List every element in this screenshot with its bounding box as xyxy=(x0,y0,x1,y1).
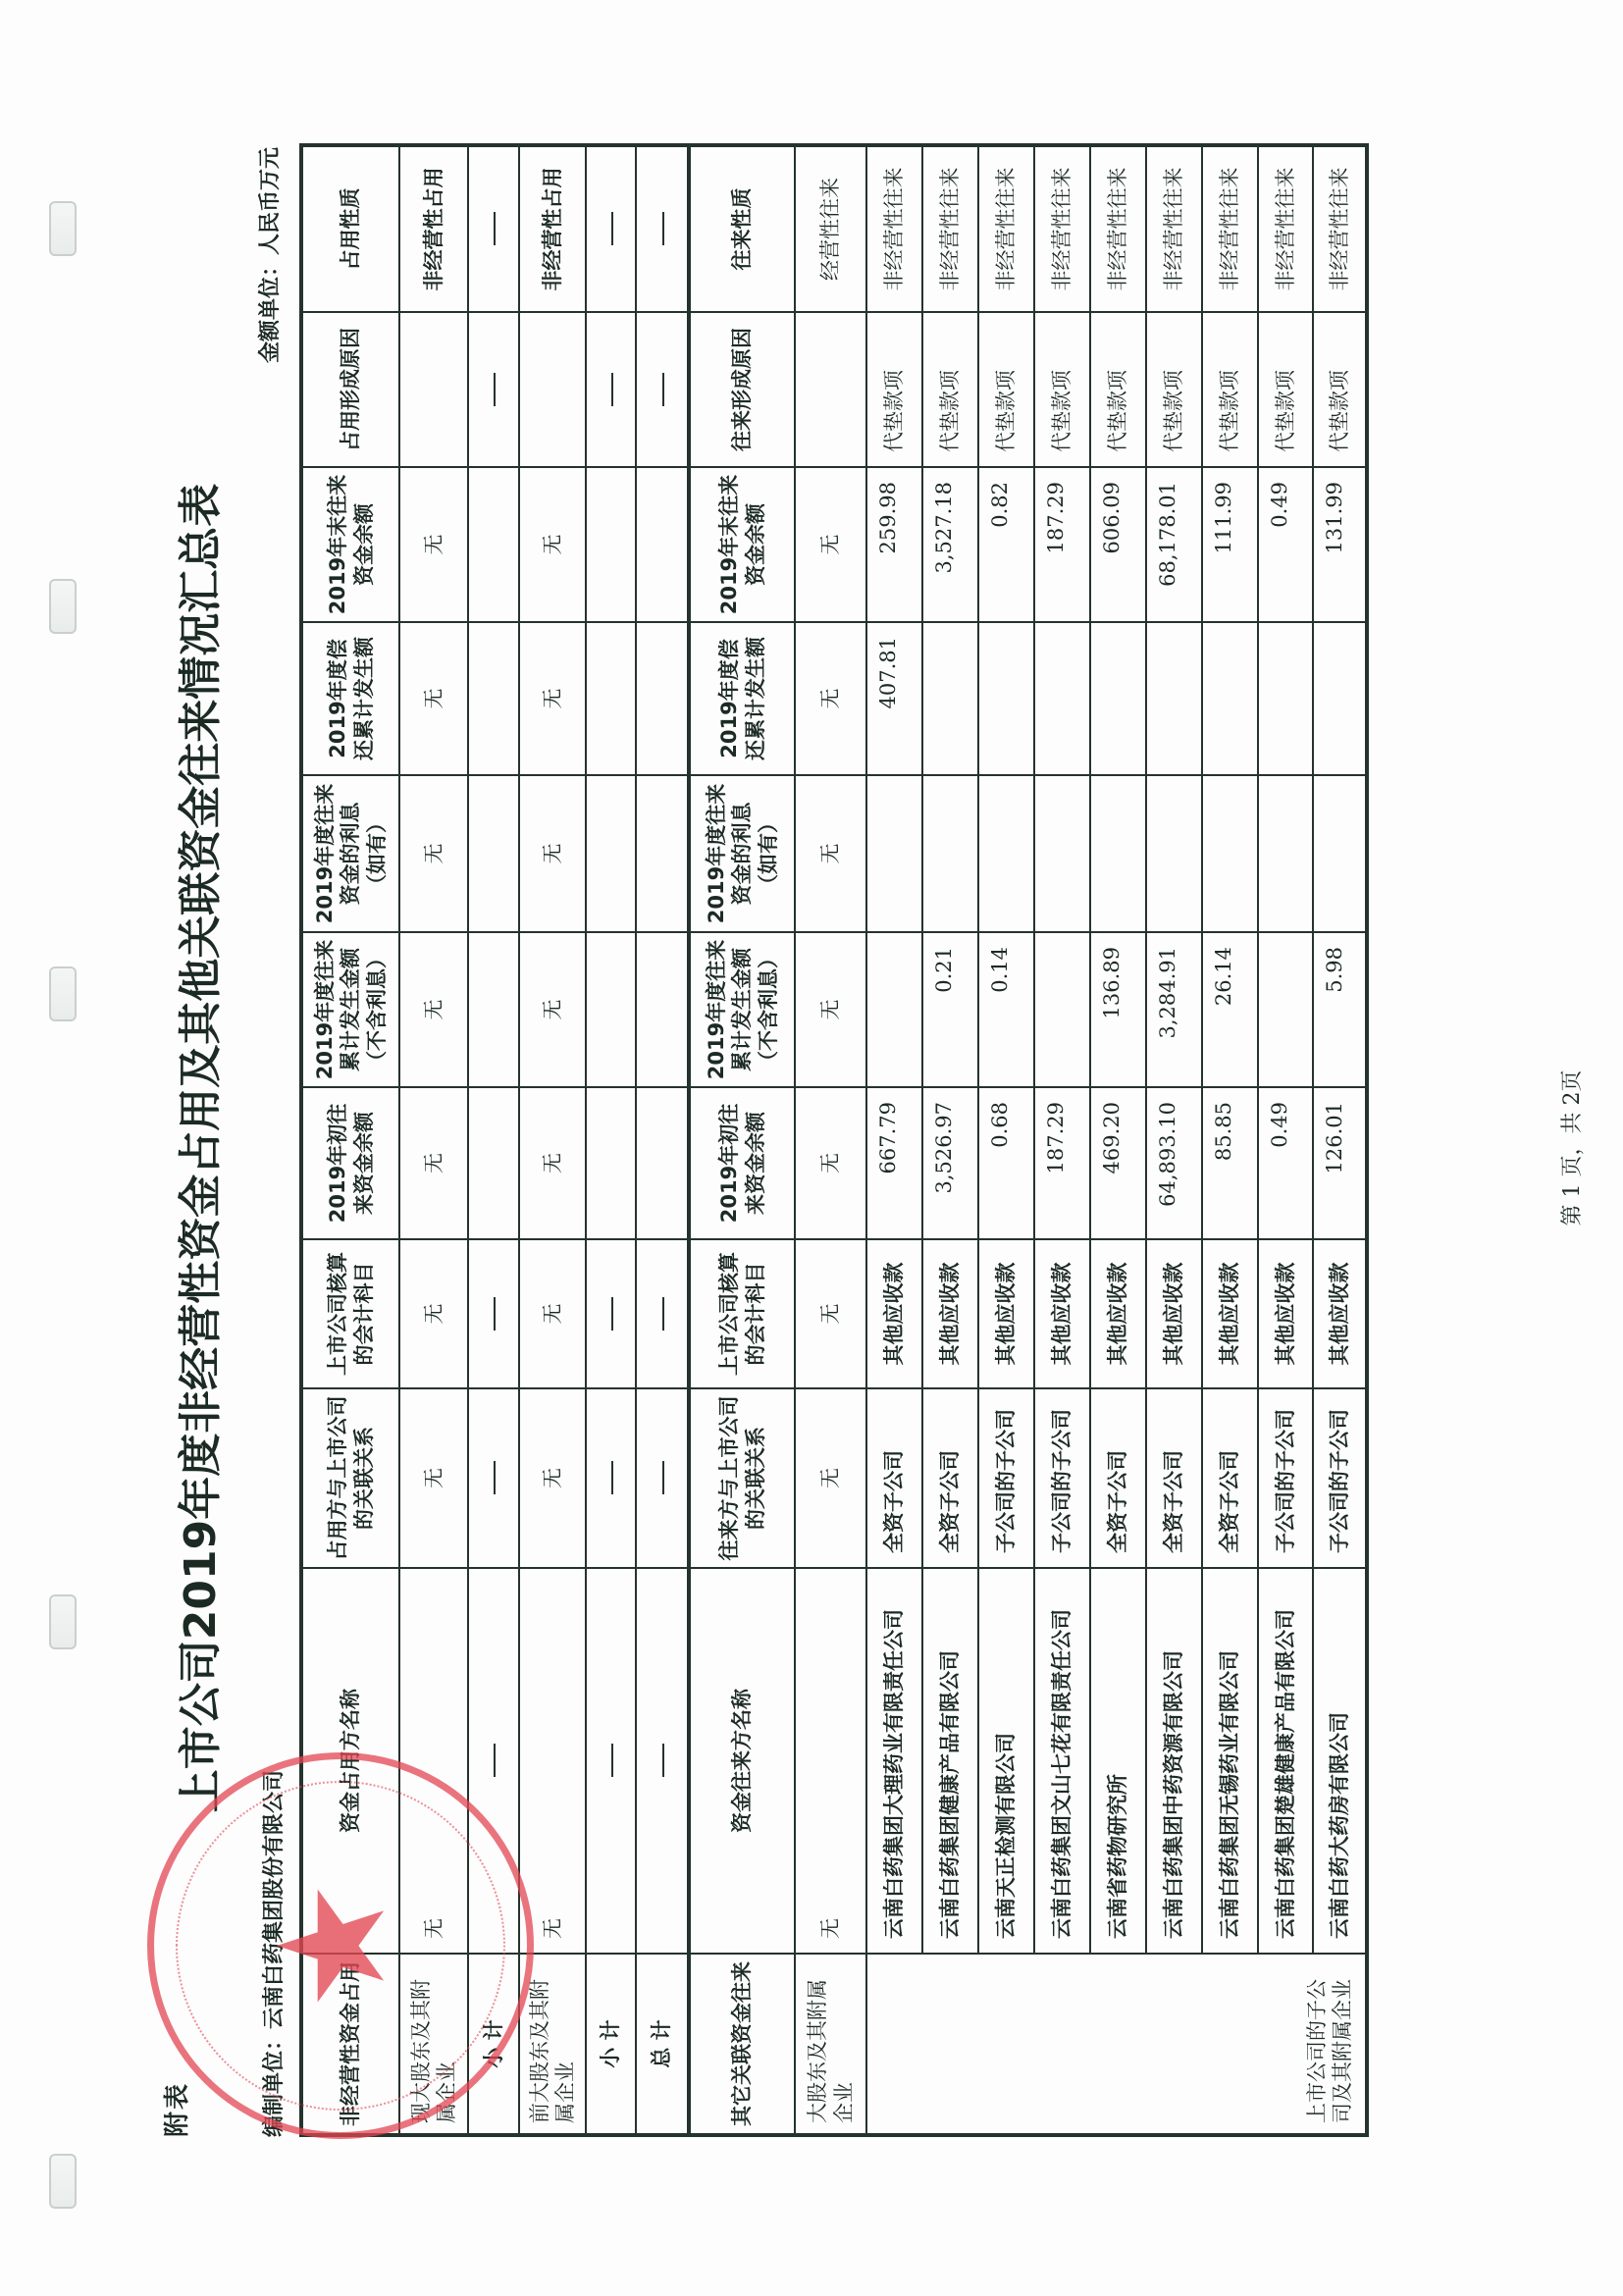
cell-reason: 代垫款项 xyxy=(1258,312,1313,467)
table-row: 大股东及其附属企业无无无无无无无无经营性往来 xyxy=(795,145,866,2135)
cell-interest xyxy=(586,775,636,932)
column-header: 2019年末往来资金余额 xyxy=(689,467,795,622)
cell-interest xyxy=(1034,775,1090,932)
page-footer: 第 1 页，共 2页 xyxy=(1555,0,1586,2296)
cell-begin: 3,526.97 xyxy=(922,1087,978,1239)
cell-begin: 64,893.10 xyxy=(1146,1087,1202,1239)
cell-reason xyxy=(795,312,866,467)
cell-end: 无 xyxy=(795,467,866,622)
cell-subject: 其他应收款 xyxy=(1202,1239,1258,1388)
table-row: 云南白药大药房有限公司子公司的子公司其他应收款126.015.98131.99代… xyxy=(1313,145,1367,2135)
cell-accrued: 无 xyxy=(519,932,586,1087)
cell-reason: 代垫款项 xyxy=(978,312,1034,467)
cell-repaid: 无 xyxy=(399,622,468,775)
cell-reason: 代垫款项 xyxy=(922,312,978,467)
cell-relation: 子公司的子公司 xyxy=(1313,1388,1367,1568)
cell-repaid: 无 xyxy=(795,622,866,775)
cell-repaid: 无 xyxy=(519,622,586,775)
column-header: 2019年度偿还累计发生额 xyxy=(689,622,795,775)
cell-accrued xyxy=(636,932,689,1087)
cell-reason xyxy=(586,312,636,467)
cell-nature: 非经营性往来 xyxy=(1202,145,1258,312)
binder-hole xyxy=(49,579,77,634)
cell-end xyxy=(586,467,636,622)
dash-mark xyxy=(611,373,613,406)
cell-reason: 代垫款项 xyxy=(1146,312,1202,467)
cell-nature: 非经营性往来 xyxy=(1146,145,1202,312)
cell-nature: 经营性往来 xyxy=(795,145,866,312)
cell-interest xyxy=(1090,775,1146,932)
cell-reason xyxy=(636,312,689,467)
cell-begin: 126.01 xyxy=(1313,1087,1367,1239)
cell-nature: 非经营性往来 xyxy=(1034,145,1090,312)
cell-relation: 无 xyxy=(399,1388,468,1568)
cell-name: 云南白药大药房有限公司 xyxy=(1313,1568,1367,1954)
table-row: 现大股东及其附属企业无无无无无无无无非经营性占用 xyxy=(399,145,468,2135)
cell-begin: 469.20 xyxy=(1090,1087,1146,1239)
column-header: 2019年初往来资金余额 xyxy=(689,1087,795,1239)
binder-hole xyxy=(49,1594,77,1649)
cell-accrued: 3,284.91 xyxy=(1146,932,1202,1087)
cell-begin: 187.29 xyxy=(1034,1087,1090,1239)
cell-subject xyxy=(636,1239,689,1388)
cell-subject: 无 xyxy=(519,1239,586,1388)
cell-nature: 非经营性往来 xyxy=(866,145,922,312)
cell-accrued: 26.14 xyxy=(1202,932,1258,1087)
cell-accrued: 5.98 xyxy=(1313,932,1367,1087)
cell-interest: 无 xyxy=(795,775,866,932)
cell-accrued xyxy=(468,932,519,1087)
column-header: 占用形成原因 xyxy=(301,312,399,467)
table-row: 云南白药集团无锡药业有限公司全资子公司其他应收款85.8526.14111.99… xyxy=(1202,145,1258,2135)
cell-end: 187.29 xyxy=(1034,467,1090,622)
column-header: 资金占用方名称 xyxy=(301,1568,399,1954)
cell-relation: 无 xyxy=(795,1388,866,1568)
table-row: 云南天正检测有限公司子公司的子公司其他应收款0.680.140.82代垫款项非经… xyxy=(978,145,1034,2135)
column-header: 往来形成原因 xyxy=(689,312,795,467)
table-row: 小 计 xyxy=(468,145,519,2135)
cell-nature xyxy=(636,145,689,312)
cell-repaid xyxy=(1090,622,1146,775)
table-row: 上市公司的子公司及其附属企业云南白药集团大理药业有限责任公司全资子公司其他应收款… xyxy=(866,145,922,2135)
table-row: 总 计 xyxy=(636,145,689,2135)
column-header: 2019年末往来资金余额 xyxy=(301,467,399,622)
cell-nature: 非经营性往来 xyxy=(1090,145,1146,312)
dash-mark xyxy=(662,373,664,406)
cell-interest xyxy=(1202,775,1258,932)
cell-relation xyxy=(468,1388,519,1568)
cell-repaid xyxy=(1202,622,1258,775)
cell-accrued xyxy=(586,932,636,1087)
cell-relation: 全资子公司 xyxy=(1146,1388,1202,1568)
cell-begin: 667.79 xyxy=(866,1087,922,1239)
cell-end: 606.09 xyxy=(1090,467,1146,622)
row-category: 前大股东及其附属企业 xyxy=(519,1954,586,2135)
cell-begin: 0.68 xyxy=(978,1087,1034,1239)
cell-begin xyxy=(586,1087,636,1239)
row-category: 大股东及其附属企业 xyxy=(795,1954,866,2135)
cell-reason: 代垫款项 xyxy=(1313,312,1367,467)
cell-name: 无 xyxy=(399,1568,468,1954)
cell-reason: 代垫款项 xyxy=(1090,312,1146,467)
cell-repaid xyxy=(586,622,636,775)
cell-subject: 其他应收款 xyxy=(1258,1239,1313,1388)
cell-repaid: 407.81 xyxy=(866,622,922,775)
row-category: 小 计 xyxy=(586,1954,636,2135)
column-header: 2019年初往来资金余额 xyxy=(301,1087,399,1239)
cell-relation: 全资子公司 xyxy=(866,1388,922,1568)
cell-repaid xyxy=(636,622,689,775)
table-row: 云南白药集团健康产品有限公司全资子公司其他应收款3,526.970.213,52… xyxy=(922,145,978,2135)
column-header: 占用方与上市公司的关联关系 xyxy=(301,1388,399,1568)
cell-subject: 其他应收款 xyxy=(1090,1239,1146,1388)
cell-subject: 其他应收款 xyxy=(978,1239,1034,1388)
cell-name: 云南天正检测有限公司 xyxy=(978,1568,1034,1954)
cell-reason: 代垫款项 xyxy=(866,312,922,467)
cell-accrued xyxy=(866,932,922,1087)
dash-mark xyxy=(494,1462,496,1495)
cell-subject: 其他应收款 xyxy=(922,1239,978,1388)
cell-end: 0.49 xyxy=(1258,467,1313,622)
cell-interest xyxy=(978,775,1034,932)
dash-mark xyxy=(494,1745,496,1778)
cell-accrued: 0.21 xyxy=(922,932,978,1087)
cell-name xyxy=(636,1568,689,1954)
cell-end xyxy=(468,467,519,622)
cell-reason: 代垫款项 xyxy=(1202,312,1258,467)
cell-reason: 代垫款项 xyxy=(1034,312,1090,467)
cell-begin: 无 xyxy=(519,1087,586,1239)
cell-accrued: 136.89 xyxy=(1090,932,1146,1087)
section1-header-row: 非经营性资金占用资金占用方名称占用方与上市公司的关联关系上市公司核算的会计科目2… xyxy=(301,145,399,2135)
cell-begin: 0.49 xyxy=(1258,1087,1313,1239)
cell-name xyxy=(468,1568,519,1954)
dash-mark xyxy=(494,1297,496,1331)
cell-accrued: 无 xyxy=(399,932,468,1087)
cell-relation: 全资子公司 xyxy=(1202,1388,1258,1568)
cell-nature xyxy=(586,145,636,312)
dash-mark xyxy=(611,1462,613,1495)
cell-name: 无 xyxy=(795,1568,866,1954)
cell-interest xyxy=(468,775,519,932)
dash-mark xyxy=(611,1745,613,1778)
cell-name: 云南省药物研究所 xyxy=(1090,1568,1146,1954)
cell-relation: 子公司的子公司 xyxy=(1258,1388,1313,1568)
cell-name: 云南白药集团楚雄健康产品有限公司 xyxy=(1258,1568,1313,1954)
cell-name: 云南白药集团大理药业有限责任公司 xyxy=(866,1568,922,1954)
dash-mark xyxy=(494,213,496,246)
dash-mark xyxy=(611,213,613,246)
cell-repaid xyxy=(922,622,978,775)
cell-interest xyxy=(866,775,922,932)
cell-relation: 全资子公司 xyxy=(922,1388,978,1568)
binder-hole xyxy=(49,201,77,256)
binder-hole xyxy=(49,2154,77,2209)
table-row: 云南白药集团中药资源有限公司全资子公司其他应收款64,893.103,284.9… xyxy=(1146,145,1202,2135)
cell-end: 259.98 xyxy=(866,467,922,622)
cell-subject: 无 xyxy=(795,1239,866,1388)
cell-subject: 无 xyxy=(399,1239,468,1388)
column-header: 2019年度往来资金的利息（如有） xyxy=(301,775,399,932)
cell-nature: 非经营性往来 xyxy=(922,145,978,312)
cell-subject xyxy=(468,1239,519,1388)
cell-interest xyxy=(922,775,978,932)
cell-end xyxy=(636,467,689,622)
table-row: 云南白药集团楚雄健康产品有限公司子公司的子公司其他应收款0.490.49代垫款项… xyxy=(1258,145,1313,2135)
cell-repaid xyxy=(1313,622,1367,775)
cell-end: 111.99 xyxy=(1202,467,1258,622)
table-row: 云南省药物研究所全资子公司其他应收款469.20136.89606.09代垫款项… xyxy=(1090,145,1146,2135)
section2-header-row: 其它关联资金往来资金往来方名称往来方与上市公司的关联关系上市公司核算的会计科目2… xyxy=(689,145,795,2135)
table-row: 云南白药集团文山七花有限责任公司子公司的子公司其他应收款187.29187.29… xyxy=(1034,145,1090,2135)
cell-interest xyxy=(636,775,689,932)
cell-subject xyxy=(586,1239,636,1388)
column-header: 资金往来方名称 xyxy=(689,1568,795,1954)
cell-subject: 其他应收款 xyxy=(1034,1239,1090,1388)
dash-mark xyxy=(662,1462,664,1495)
dash-mark xyxy=(611,1297,613,1331)
table-row: 前大股东及其附属企业无无无无无无无无非经营性占用 xyxy=(519,145,586,2135)
cell-end: 无 xyxy=(399,467,468,622)
cell-interest: 无 xyxy=(519,775,586,932)
table-row: 小 计 xyxy=(586,145,636,2135)
cell-nature: 非经营性往来 xyxy=(1313,145,1367,312)
dash-mark xyxy=(662,1297,664,1331)
cell-end: 131.99 xyxy=(1313,467,1367,622)
cell-interest xyxy=(1313,775,1367,932)
dash-mark xyxy=(494,373,496,406)
cell-begin xyxy=(636,1087,689,1239)
row-category: 现大股东及其附属企业 xyxy=(399,1954,468,2135)
cell-relation xyxy=(636,1388,689,1568)
cell-end: 无 xyxy=(519,467,586,622)
column-header: 上市公司核算的会计科目 xyxy=(301,1239,399,1388)
cell-name: 云南白药集团健康产品有限公司 xyxy=(922,1568,978,1954)
column-header: 2019年度往来资金的利息（如有） xyxy=(689,775,795,932)
cell-name: 云南白药集团无锡药业有限公司 xyxy=(1202,1568,1258,1954)
cell-begin: 无 xyxy=(399,1087,468,1239)
cell-subject: 其他应收款 xyxy=(866,1239,922,1388)
cell-name: 云南白药集团中药资源有限公司 xyxy=(1146,1568,1202,1954)
cell-relation xyxy=(586,1388,636,1568)
cell-repaid xyxy=(468,622,519,775)
cell-name: 云南白药集团文山七花有限责任公司 xyxy=(1034,1568,1090,1954)
cell-interest: 无 xyxy=(399,775,468,932)
cell-relation: 子公司的子公司 xyxy=(1034,1388,1090,1568)
summary-table: 非经营性资金占用资金占用方名称占用方与上市公司的关联关系上市公司核算的会计科目2… xyxy=(299,143,1369,2137)
cell-nature: 非经营性占用 xyxy=(519,145,586,312)
cell-relation: 子公司的子公司 xyxy=(978,1388,1034,1568)
cell-accrued xyxy=(1258,932,1313,1087)
cell-nature xyxy=(468,145,519,312)
cell-name xyxy=(586,1568,636,1954)
cell-end: 68,178.01 xyxy=(1146,467,1202,622)
row-category: 小 计 xyxy=(468,1954,519,2135)
cell-nature: 非经营性往来 xyxy=(1258,145,1313,312)
rotated-sheet: 附表 上市公司2019年度非经营性资金占用及其他关联资金往来情况汇总表 编制单位… xyxy=(147,0,1623,2296)
cell-accrued xyxy=(1034,932,1090,1087)
unit-label: 金额单位：人民币万元 xyxy=(253,147,284,363)
cell-begin xyxy=(468,1087,519,1239)
row-category: 上市公司的子公司及其附属企业 xyxy=(866,1954,1367,2135)
cell-repaid xyxy=(1258,622,1313,775)
cell-repaid xyxy=(1034,622,1090,775)
column-header: 其它关联资金往来 xyxy=(689,1954,795,2135)
binder-hole xyxy=(49,966,77,1021)
cell-nature: 非经营性占用 xyxy=(399,145,468,312)
cell-end: 3,527.18 xyxy=(922,467,978,622)
row-category: 总 计 xyxy=(636,1954,689,2135)
cell-reason xyxy=(468,312,519,467)
cell-accrued: 无 xyxy=(795,932,866,1087)
cell-begin: 85.85 xyxy=(1202,1087,1258,1239)
cell-interest xyxy=(1258,775,1313,932)
cell-name: 无 xyxy=(519,1568,586,1954)
cell-interest xyxy=(1146,775,1202,932)
cell-repaid xyxy=(1146,622,1202,775)
cell-relation: 无 xyxy=(519,1388,586,1568)
dash-mark xyxy=(662,213,664,246)
cell-reason xyxy=(399,312,468,467)
org-label: 编制单位：云南白药集团股份有限公司 xyxy=(257,1770,288,2137)
cell-begin: 无 xyxy=(795,1087,866,1239)
cell-relation: 全资子公司 xyxy=(1090,1388,1146,1568)
column-header: 上市公司核算的会计科目 xyxy=(689,1239,795,1388)
column-header: 非经营性资金占用 xyxy=(301,1954,399,2135)
column-header: 往来性质 xyxy=(689,145,795,312)
column-header: 占用性质 xyxy=(301,145,399,312)
cell-accrued: 0.14 xyxy=(978,932,1034,1087)
column-header: 2019年度偿还累计发生额 xyxy=(301,622,399,775)
cell-subject: 其他应收款 xyxy=(1313,1239,1367,1388)
column-header: 2019年度往来累计发生金额（不含利息） xyxy=(301,932,399,1087)
cell-nature: 非经营性往来 xyxy=(978,145,1034,312)
cell-subject: 其他应收款 xyxy=(1146,1239,1202,1388)
column-header: 2019年度往来累计发生金额（不含利息） xyxy=(689,932,795,1087)
cell-repaid xyxy=(978,622,1034,775)
page-title: 上市公司2019年度非经营性资金占用及其他关联资金往来情况汇总表 xyxy=(165,0,228,2296)
cell-end: 0.82 xyxy=(978,467,1034,622)
dash-mark xyxy=(662,1745,664,1778)
column-header: 往来方与上市公司的关联关系 xyxy=(689,1388,795,1568)
cell-reason xyxy=(519,312,586,467)
